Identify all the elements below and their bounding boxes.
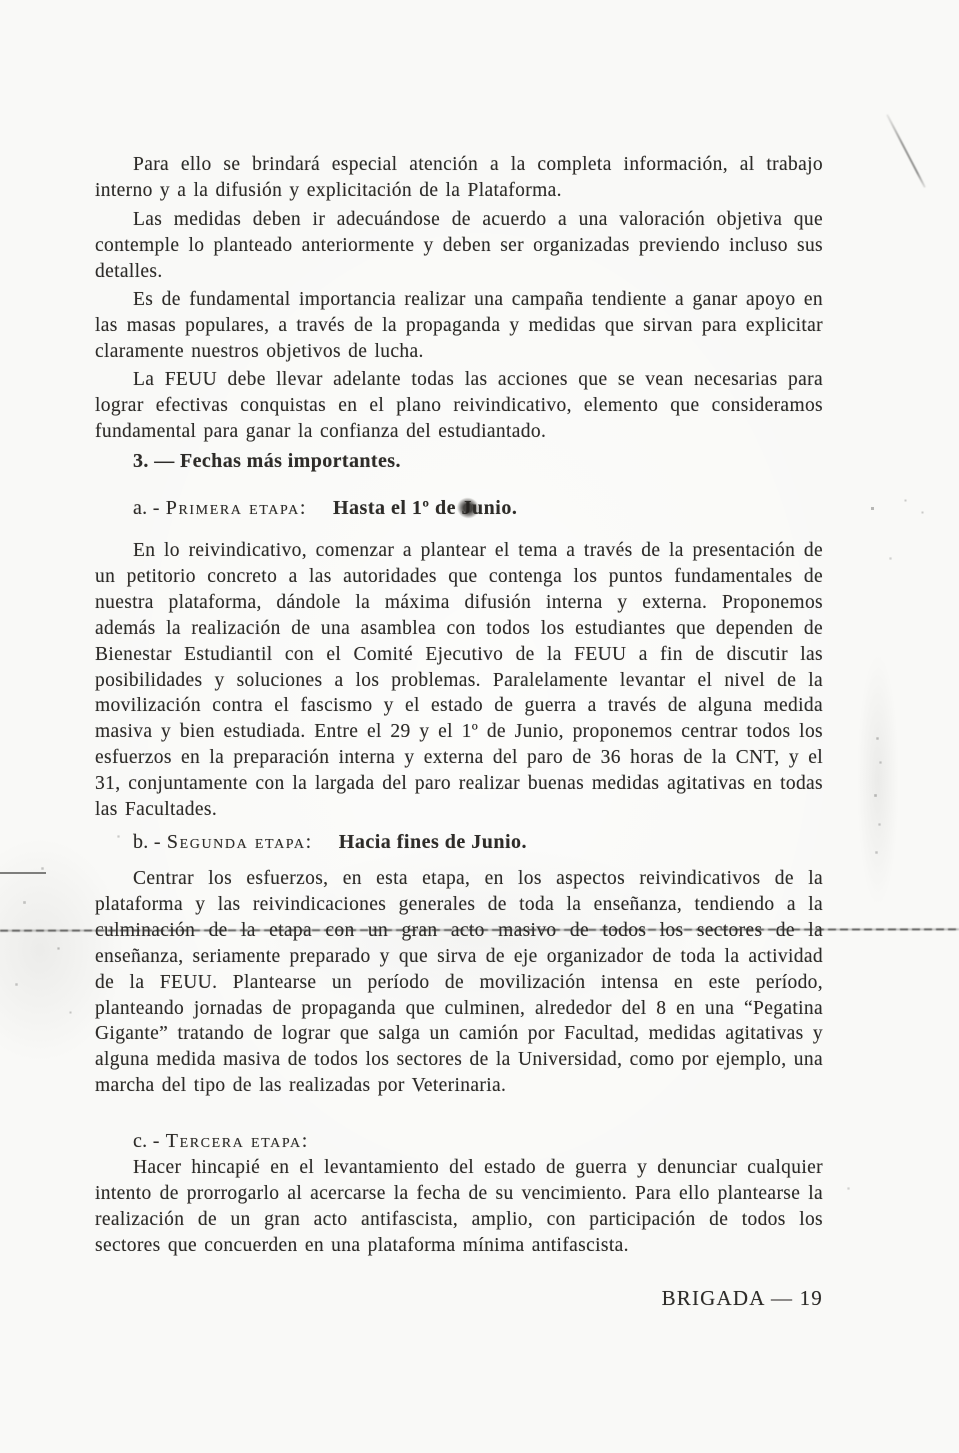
stage-b-label: b. - (133, 831, 161, 853)
short-scratch-artifact (0, 872, 46, 874)
diagonal-scratch-artifact (886, 114, 926, 188)
paper-speckle-noise (0, 0, 1, 1)
page-footer: BRIGADA — 19 (95, 1286, 823, 1311)
stage-b-body: Centrar los esfuerzos, en esta etapa, en… (95, 866, 823, 1099)
stage-a-body: En lo reivindicativo, comenzar a plantea… (95, 538, 823, 823)
intro-paragraph-4: La FEUU debe llevar adelante todas las a… (95, 367, 823, 445)
stage-b-subtitle: Hacia fines de Junio. (339, 831, 527, 853)
stage-b-name: Segunda etapa: (167, 831, 313, 853)
stage-a-name: Primera etapa: (166, 497, 307, 519)
stage-b-heading: b. -Segunda etapa:Hacia fines de Junio. (95, 831, 861, 854)
stage-a-subtitle: Hasta el 1º de Junio. (333, 497, 517, 519)
stage-a-heading: a. -Primera etapa:Hasta el 1º de Junio. (95, 497, 861, 520)
stage-a-label: a. - (133, 497, 160, 519)
intro-paragraph-1: Para ello se brindará especial atención … (95, 152, 823, 204)
stage-c-name: Tercera etapa: (166, 1130, 309, 1152)
stage-c-label: c. - (133, 1130, 160, 1152)
section-heading: 3. — Fechas más importantes. (95, 450, 861, 473)
stage-c-body: Hacer hincapié en el levantamiento del e… (95, 1155, 823, 1259)
document-page: Para ello se brindará especial atención … (0, 0, 959, 1453)
stage-c-heading: c. -Tercera etapa: (95, 1130, 861, 1153)
intro-paragraph-2: Las medidas deben ir adecuándose de acue… (95, 207, 823, 285)
intro-paragraph-3: Es de fundamental importancia realizar u… (95, 287, 823, 365)
